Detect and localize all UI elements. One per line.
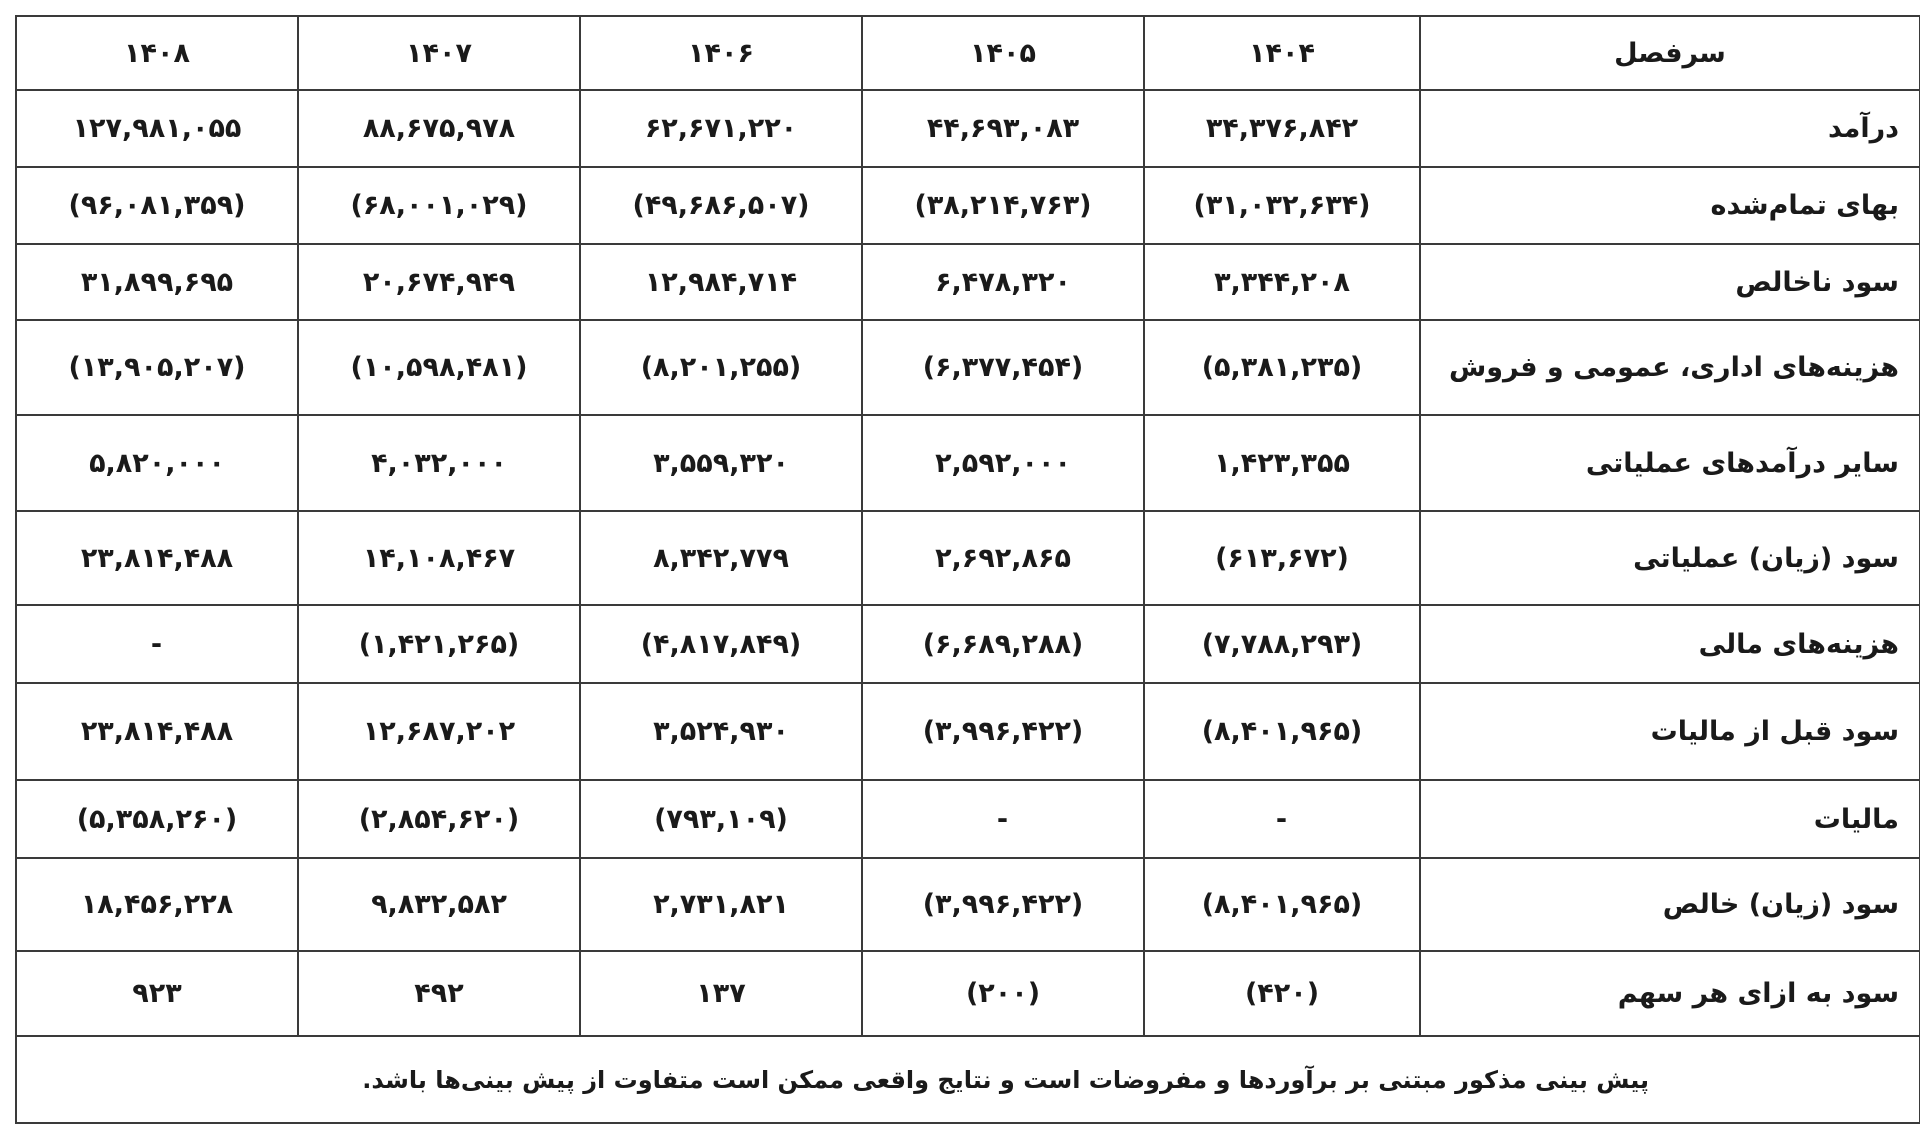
cell-value: (۴۹,۶۸۶,۵۰۷) [580,167,862,244]
cell-value: (۵,۳۵۸,۲۶۰) [16,780,298,858]
cell-value: ۱۲۷,۹۸۱,۰۵۵ [16,90,298,167]
cell-value: ۱۸,۴۵۶,۲۲۸ [16,858,298,951]
table-row-profit-before-tax: سود قبل از مالیات (۸,۴۰۱,۹۶۵) (۳,۹۹۶,۴۲۲… [16,683,1920,780]
header-year-1404: ۱۴۰۴ [1144,16,1420,90]
cell-value: (۵,۳۸۱,۲۳۵) [1144,320,1420,415]
cell-value: ۹,۸۳۲,۵۸۲ [298,858,580,951]
cell-value: ۱۲,۹۸۴,۷۱۴ [580,244,862,320]
cell-value: ۸,۳۴۲,۷۷۹ [580,511,862,605]
cell-value: ۵,۸۲۰,۰۰۰ [16,415,298,511]
cell-value: (۳,۹۹۶,۴۲۲) [862,683,1144,780]
cell-value: (۲,۸۵۴,۶۲۰) [298,780,580,858]
header-year-1408: ۱۴۰۸ [16,16,298,90]
cell-value: - [1144,780,1420,858]
cell-value: (۶۸,۰۰۱,۰۲۹) [298,167,580,244]
cell-value: ۳,۵۲۴,۹۳۰ [580,683,862,780]
row-label: سایر درآمدهای عملیاتی [1420,415,1920,511]
row-label: هزینه‌های اداری، عمومی و فروش [1420,320,1920,415]
header-year-1406: ۱۴۰۶ [580,16,862,90]
cell-value: ۲,۵۹۲,۰۰۰ [862,415,1144,511]
cell-value: (۱۰,۵۹۸,۴۸۱) [298,320,580,415]
cell-value: ۳۴,۳۷۶,۸۴۲ [1144,90,1420,167]
row-label: بهای تمام‌شده [1420,167,1920,244]
cell-value: ۴۹۲ [298,951,580,1036]
cell-value: ۲۳,۸۱۴,۴۸۸ [16,511,298,605]
cell-value: (۷,۷۸۸,۲۹۳) [1144,605,1420,683]
header-row: سرفصل ۱۴۰۴ ۱۴۰۵ ۱۴۰۶ ۱۴۰۷ ۱۴۰۸ [16,16,1920,90]
row-label: سود (زیان) عملیاتی [1420,511,1920,605]
row-label: درآمد [1420,90,1920,167]
table-row-admin-expenses: هزینه‌های اداری، عمومی و فروش (۵,۳۸۱,۲۳۵… [16,320,1920,415]
cell-value: (۴۲۰) [1144,951,1420,1036]
header-line-item: سرفصل [1420,16,1920,90]
cell-value: (۱۳,۹۰۵,۲۰۷) [16,320,298,415]
cell-value: ۱,۴۲۳,۳۵۵ [1144,415,1420,511]
cell-value: ۴,۰۳۲,۰۰۰ [298,415,580,511]
cell-value: (۳۸,۲۱۴,۷۶۳) [862,167,1144,244]
cell-value: ۲,۷۳۱,۸۲۱ [580,858,862,951]
table-row-revenue: درآمد ۳۴,۳۷۶,۸۴۲ ۴۴,۶۹۳,۰۸۳ ۶۲,۶۷۱,۲۲۰ ۸… [16,90,1920,167]
row-label: سود قبل از مالیات [1420,683,1920,780]
cell-value: (۳,۹۹۶,۴۲۲) [862,858,1144,951]
cell-value: ۶۲,۶۷۱,۲۲۰ [580,90,862,167]
header-year-1405: ۱۴۰۵ [862,16,1144,90]
table-row-eps: سود به ازای هر سهم (۴۲۰) (۲۰۰) ۱۳۷ ۴۹۲ ۹… [16,951,1920,1036]
cell-value: (۶۱۳,۶۷۲) [1144,511,1420,605]
cell-value: ۳۱,۸۹۹,۶۹۵ [16,244,298,320]
cell-value: ۱۳۷ [580,951,862,1036]
cell-value: (۸,۴۰۱,۹۶۵) [1144,683,1420,780]
cell-value: ۲۰,۶۷۴,۹۴۹ [298,244,580,320]
row-label: سود به ازای هر سهم [1420,951,1920,1036]
income-forecast-table: سرفصل ۱۴۰۴ ۱۴۰۵ ۱۴۰۶ ۱۴۰۷ ۱۴۰۸ درآمد ۳۴,… [15,15,1920,1124]
table-row-cost-of-sales: بهای تمام‌شده (۳۱,۰۳۲,۶۳۴) (۳۸,۲۱۴,۷۶۳) … [16,167,1920,244]
cell-value: (۶,۳۷۷,۴۵۴) [862,320,1144,415]
table-row-net-profit: سود (زیان) خالص (۸,۴۰۱,۹۶۵) (۳,۹۹۶,۴۲۲) … [16,858,1920,951]
row-label: سود ناخالص [1420,244,1920,320]
cell-value: - [16,605,298,683]
table-row-tax: مالیات - - (۷۹۳,۱۰۹) (۲,۸۵۴,۶۲۰) (۵,۳۵۸,… [16,780,1920,858]
table-row-other-operating-income: سایر درآمدهای عملیاتی ۱,۴۲۳,۳۵۵ ۲,۵۹۲,۰۰… [16,415,1920,511]
cell-value: (۴,۸۱۷,۸۴۹) [580,605,862,683]
cell-value: ۳,۵۵۹,۳۲۰ [580,415,862,511]
cell-value: (۸,۲۰۱,۲۵۵) [580,320,862,415]
cell-value: (۲۰۰) [862,951,1144,1036]
table-row-operating-profit: سود (زیان) عملیاتی (۶۱۳,۶۷۲) ۲,۶۹۲,۸۶۵ ۸… [16,511,1920,605]
cell-value: (۳۱,۰۳۲,۶۳۴) [1144,167,1420,244]
cell-value: (۸,۴۰۱,۹۶۵) [1144,858,1420,951]
header-year-1407: ۱۴۰۷ [298,16,580,90]
row-label: هزینه‌های مالی [1420,605,1920,683]
cell-value: (۷۹۳,۱۰۹) [580,780,862,858]
cell-value: ۱۴,۱۰۸,۴۶۷ [298,511,580,605]
cell-value: ۹۲۳ [16,951,298,1036]
financial-forecast-sheet: سرفصل ۱۴۰۴ ۱۴۰۵ ۱۴۰۶ ۱۴۰۷ ۱۴۰۸ درآمد ۳۴,… [15,15,1897,1124]
table-row-gross-profit: سود ناخالص ۳,۳۴۴,۲۰۸ ۶,۴۷۸,۳۲۰ ۱۲,۹۸۴,۷۱… [16,244,1920,320]
cell-value: ۶,۴۷۸,۳۲۰ [862,244,1144,320]
cell-value: ۳,۳۴۴,۲۰۸ [1144,244,1420,320]
cell-value: ۴۴,۶۹۳,۰۸۳ [862,90,1144,167]
cell-value: ۱۲,۶۸۷,۲۰۲ [298,683,580,780]
row-label: سود (زیان) خالص [1420,858,1920,951]
cell-value: (۹۶,۰۸۱,۳۵۹) [16,167,298,244]
cell-value: ۲,۶۹۲,۸۶۵ [862,511,1144,605]
cell-value: (۶,۶۸۹,۲۸۸) [862,605,1144,683]
cell-value: ۲۳,۸۱۴,۴۸۸ [16,683,298,780]
footnote-row: پیش بینی مذکور مبتنی بر برآوردها و مفروض… [16,1036,1920,1123]
cell-value: ۸۸,۶۷۵,۹۷۸ [298,90,580,167]
table-row-finance-costs: هزینه‌های مالی (۷,۷۸۸,۲۹۳) (۶,۶۸۹,۲۸۸) (… [16,605,1920,683]
row-label: مالیات [1420,780,1920,858]
cell-value: - [862,780,1144,858]
cell-value: (۱,۴۲۱,۲۶۵) [298,605,580,683]
footnote-text: پیش بینی مذکور مبتنی بر برآوردها و مفروض… [16,1036,1920,1123]
